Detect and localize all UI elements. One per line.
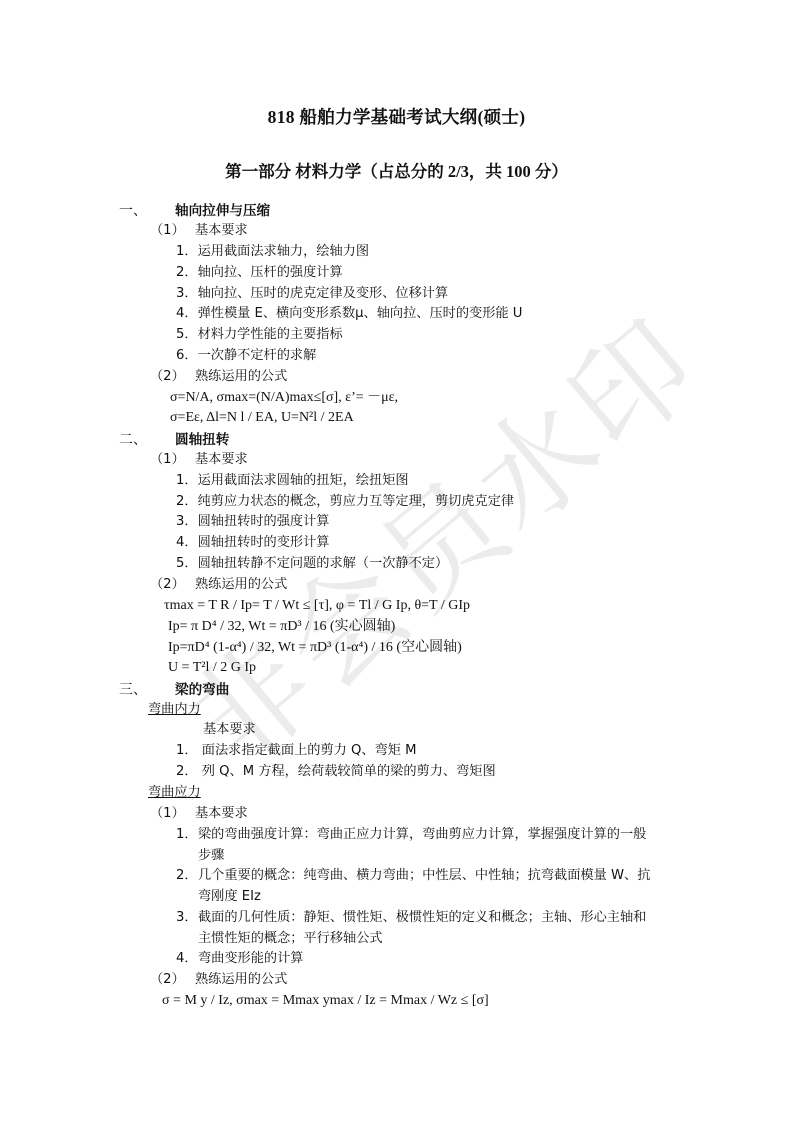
list-item-number: 1． [176, 825, 198, 845]
list-item-number: 2． [176, 866, 198, 886]
subsection-heading-internal-force: 弯曲内力 [148, 700, 201, 720]
formula-title: 熟练运用的公式 [195, 575, 287, 595]
basic-req-label: （1） [150, 450, 185, 470]
formula-title: 熟练运用的公式 [195, 367, 287, 387]
section-title: 圆轴扭转 [175, 430, 229, 450]
basic-req-label: （1） [150, 804, 185, 824]
formula-line: Ip= π D⁴ / 32, Wt = πD³ / 16 (实心圆轴) [168, 617, 395, 637]
list-item: 弯曲变形能的计算 [198, 949, 304, 969]
list-item: 梁的弯曲强度计算：弯曲正应力计算，弯曲剪应力计算，掌握强度计算的一般 [198, 825, 646, 845]
formula-label: （2） [150, 367, 185, 387]
list-item: 1． 面法求指定截面上的剪力 Q、弯矩 M [176, 741, 417, 761]
list-item-number: 3． [176, 908, 198, 928]
list-item-continued: 主惯性矩的概念；平行移轴公式 [198, 929, 383, 949]
formula-line: σ=Eε, Δl=N l / EA, U=N²l / 2EA [170, 408, 354, 428]
list-item: 1．运用截面法求轴力，绘轴力图 [176, 242, 369, 262]
list-item: 4．弹性模量 E、横向变形系数μ、轴向拉、压时的变形能 U [176, 304, 522, 324]
basic-req-label: （1） [150, 221, 185, 241]
list-item: 2． 列 Q、M 方程，绘荷载较简单的梁的剪力、弯矩图 [176, 762, 496, 782]
section-number: 二、 [119, 430, 147, 450]
list-item: 5．圆轴扭转静不定问题的求解（一次静不定） [176, 554, 448, 574]
formula-label: （2） [150, 575, 185, 595]
subsection-heading-bending-stress: 弯曲应力 [148, 783, 201, 803]
part-heading: 第一部分 材料力学（占总分的 2/3，共 100 分） [0, 158, 793, 182]
list-item: 5．材料力学性能的主要指标 [176, 325, 343, 345]
formula-line: σ=N/A, σmax=(N/A)max≤[σ], ε’= －με, [170, 388, 398, 408]
list-item-number: 4． [176, 949, 198, 969]
section-number: 一、 [119, 201, 147, 221]
formula-line: σ = M y / Iz, σmax = Mmax ymax / Iz = Mm… [162, 991, 489, 1011]
section-number: 三、 [119, 680, 147, 700]
section-title: 梁的弯曲 [175, 680, 229, 700]
section-title: 轴向拉伸与压缩 [175, 201, 270, 221]
basic-req-title: 基本要求 [195, 221, 248, 241]
formula-label: （2） [150, 970, 185, 990]
list-item: 2．纯剪应力状态的概念，剪应力互等定理，剪切虎克定律 [176, 492, 514, 512]
list-item: 6．一次静不定杆的求解 [176, 346, 316, 366]
formula-line: Ip=πD⁴ (1-α⁴) / 32, Wt = πD³ (1-α⁴) / 16… [168, 638, 462, 658]
list-item: 截面的几何性质：静矩、惯性矩、极惯性矩的定义和概念；主轴、形心主轴和 [198, 908, 646, 928]
document-title: 818 船舶力学基础考试大纲(硕士) [0, 104, 793, 129]
list-item-continued: 步骤 [198, 846, 224, 866]
list-item: 1．运用截面法求圆轴的扭矩，绘扭矩图 [176, 471, 409, 491]
list-item-continued: 弯刚度 EIz [198, 887, 261, 907]
document-page: 非会员水印 818 船舶力学基础考试大纲(硕士) 第一部分 材料力学（占总分的 … [0, 0, 793, 1122]
basic-req-title: 基本要求 [203, 720, 256, 740]
basic-req-title: 基本要求 [195, 804, 248, 824]
list-item: 2．轴向拉、压杆的强度计算 [176, 263, 343, 283]
formula-line: τmax = T R / Ip= T / Wt ≤ [τ], φ = Tl / … [164, 596, 470, 616]
list-item: 4．圆轴扭转时的变形计算 [176, 533, 329, 553]
list-item: 3．圆轴扭转时的强度计算 [176, 512, 329, 532]
formula-line: U = T²l / 2 G Ip [168, 658, 256, 678]
formula-title: 熟练运用的公式 [195, 970, 287, 990]
list-item: 几个重要的概念：纯弯曲、横力弯曲；中性层、中性轴；抗弯截面模量 W、抗 [198, 866, 650, 886]
list-item: 3．轴向拉、压时的虎克定律及变形、位移计算 [176, 284, 448, 304]
basic-req-title: 基本要求 [195, 450, 248, 470]
